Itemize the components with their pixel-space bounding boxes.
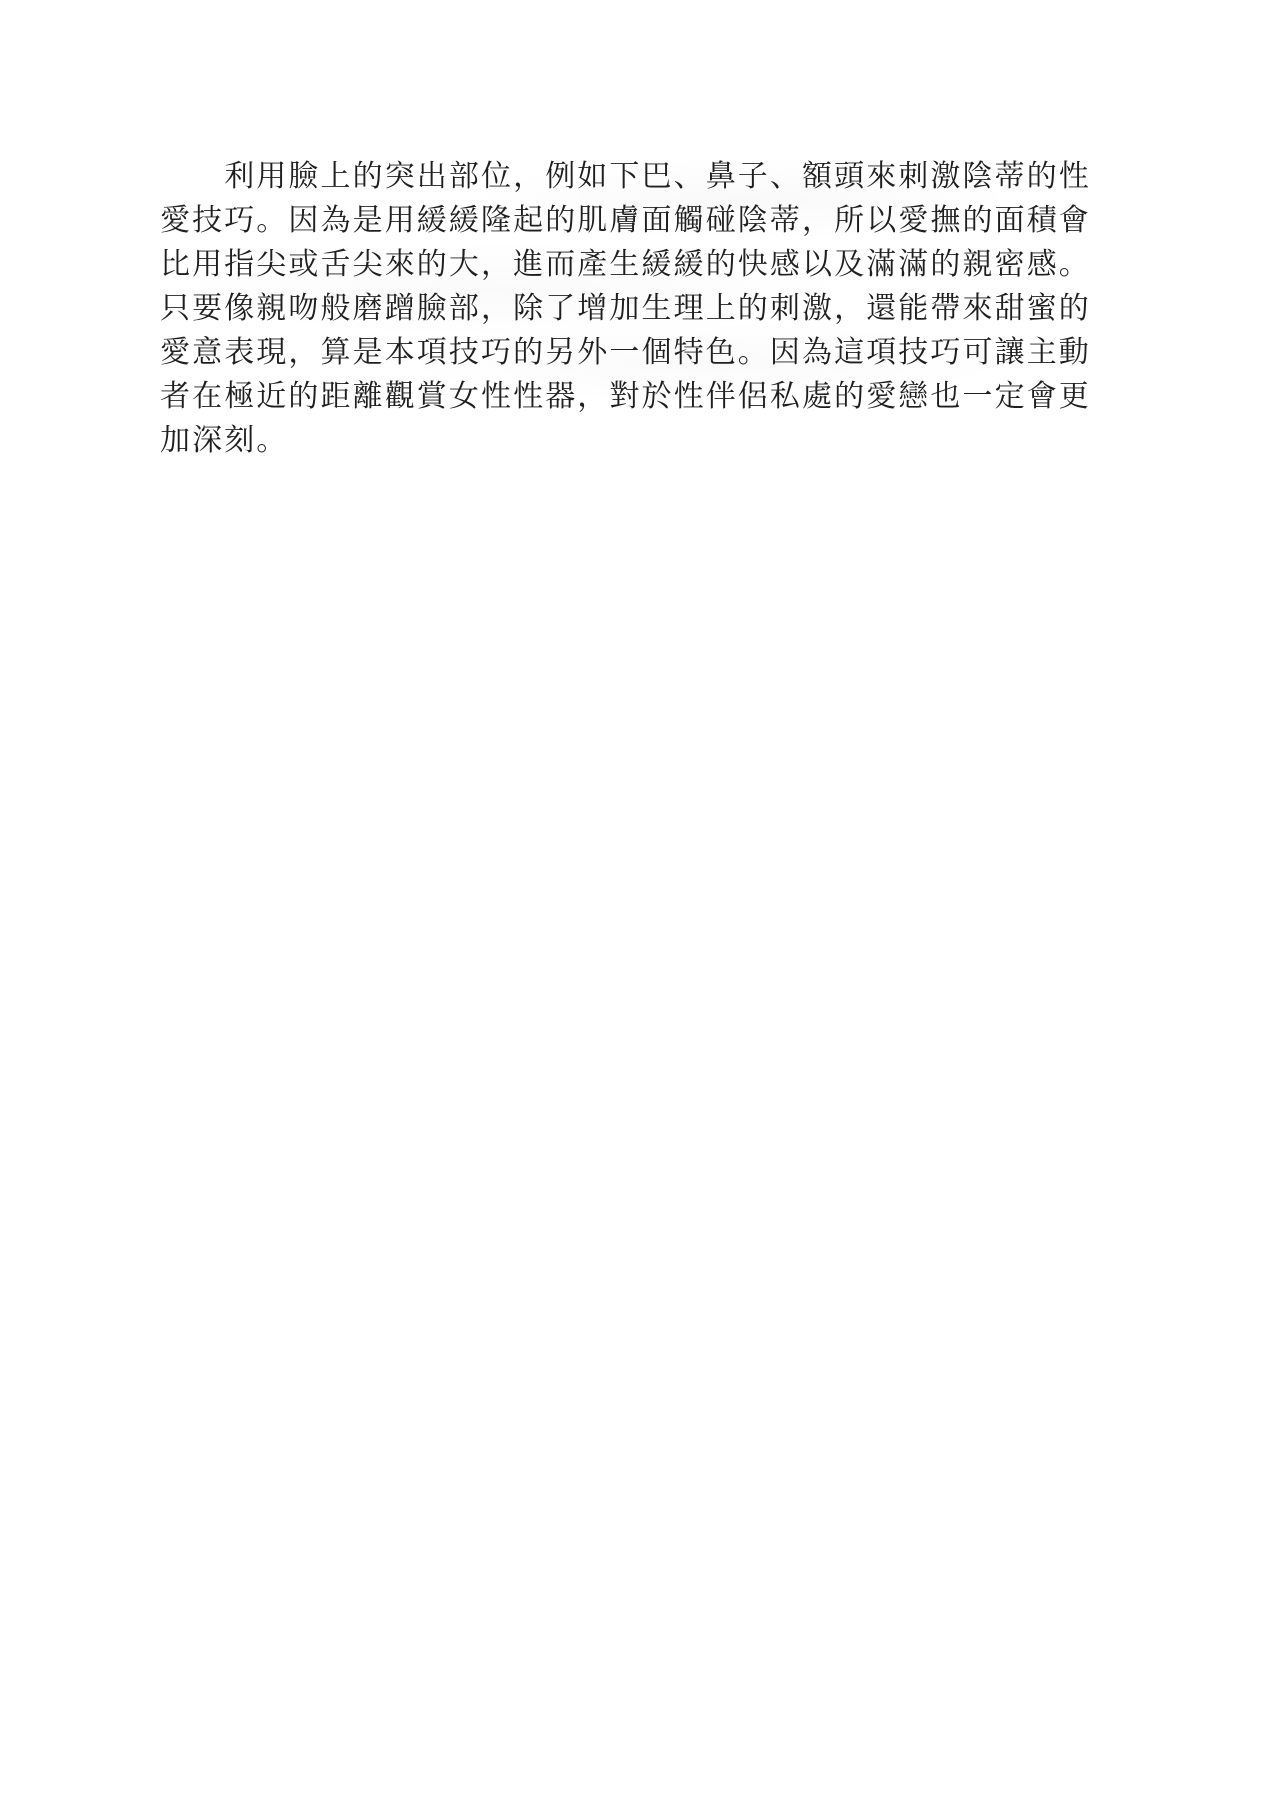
- paragraph-line: 加深刻。: [160, 419, 1092, 463]
- paragraph-line: 比用指尖或舌尖來的大，進而產生緩緩的快感以及滿滿的親密感。: [160, 243, 1092, 287]
- paragraph-line: 者在極近的距離觀賞女性性器，對於性伴侶私處的愛戀也一定會更: [160, 375, 1092, 419]
- body-paragraph: 利用臉上的突出部位，例如下巴、鼻子、額頭來刺激陰蒂的性 愛技巧。因為是用緩緩隆起…: [160, 155, 1092, 463]
- paragraph-line: 只要像親吻般磨蹭臉部，除了增加生理上的刺激，還能帶來甜蜜的: [160, 287, 1092, 331]
- paragraph-line: 愛意表現，算是本項技巧的另外一個特色。因為這項技巧可讓主動: [160, 331, 1092, 375]
- scanned-book-page: 利用臉上的突出部位，例如下巴、鼻子、額頭來刺激陰蒂的性 愛技巧。因為是用緩緩隆起…: [0, 0, 1280, 1812]
- paragraph-line: 愛技巧。因為是用緩緩隆起的肌膚面觸碰陰蒂，所以愛撫的面積會: [160, 199, 1092, 243]
- paragraph-line: 利用臉上的突出部位，例如下巴、鼻子、額頭來刺激陰蒂的性: [160, 155, 1092, 199]
